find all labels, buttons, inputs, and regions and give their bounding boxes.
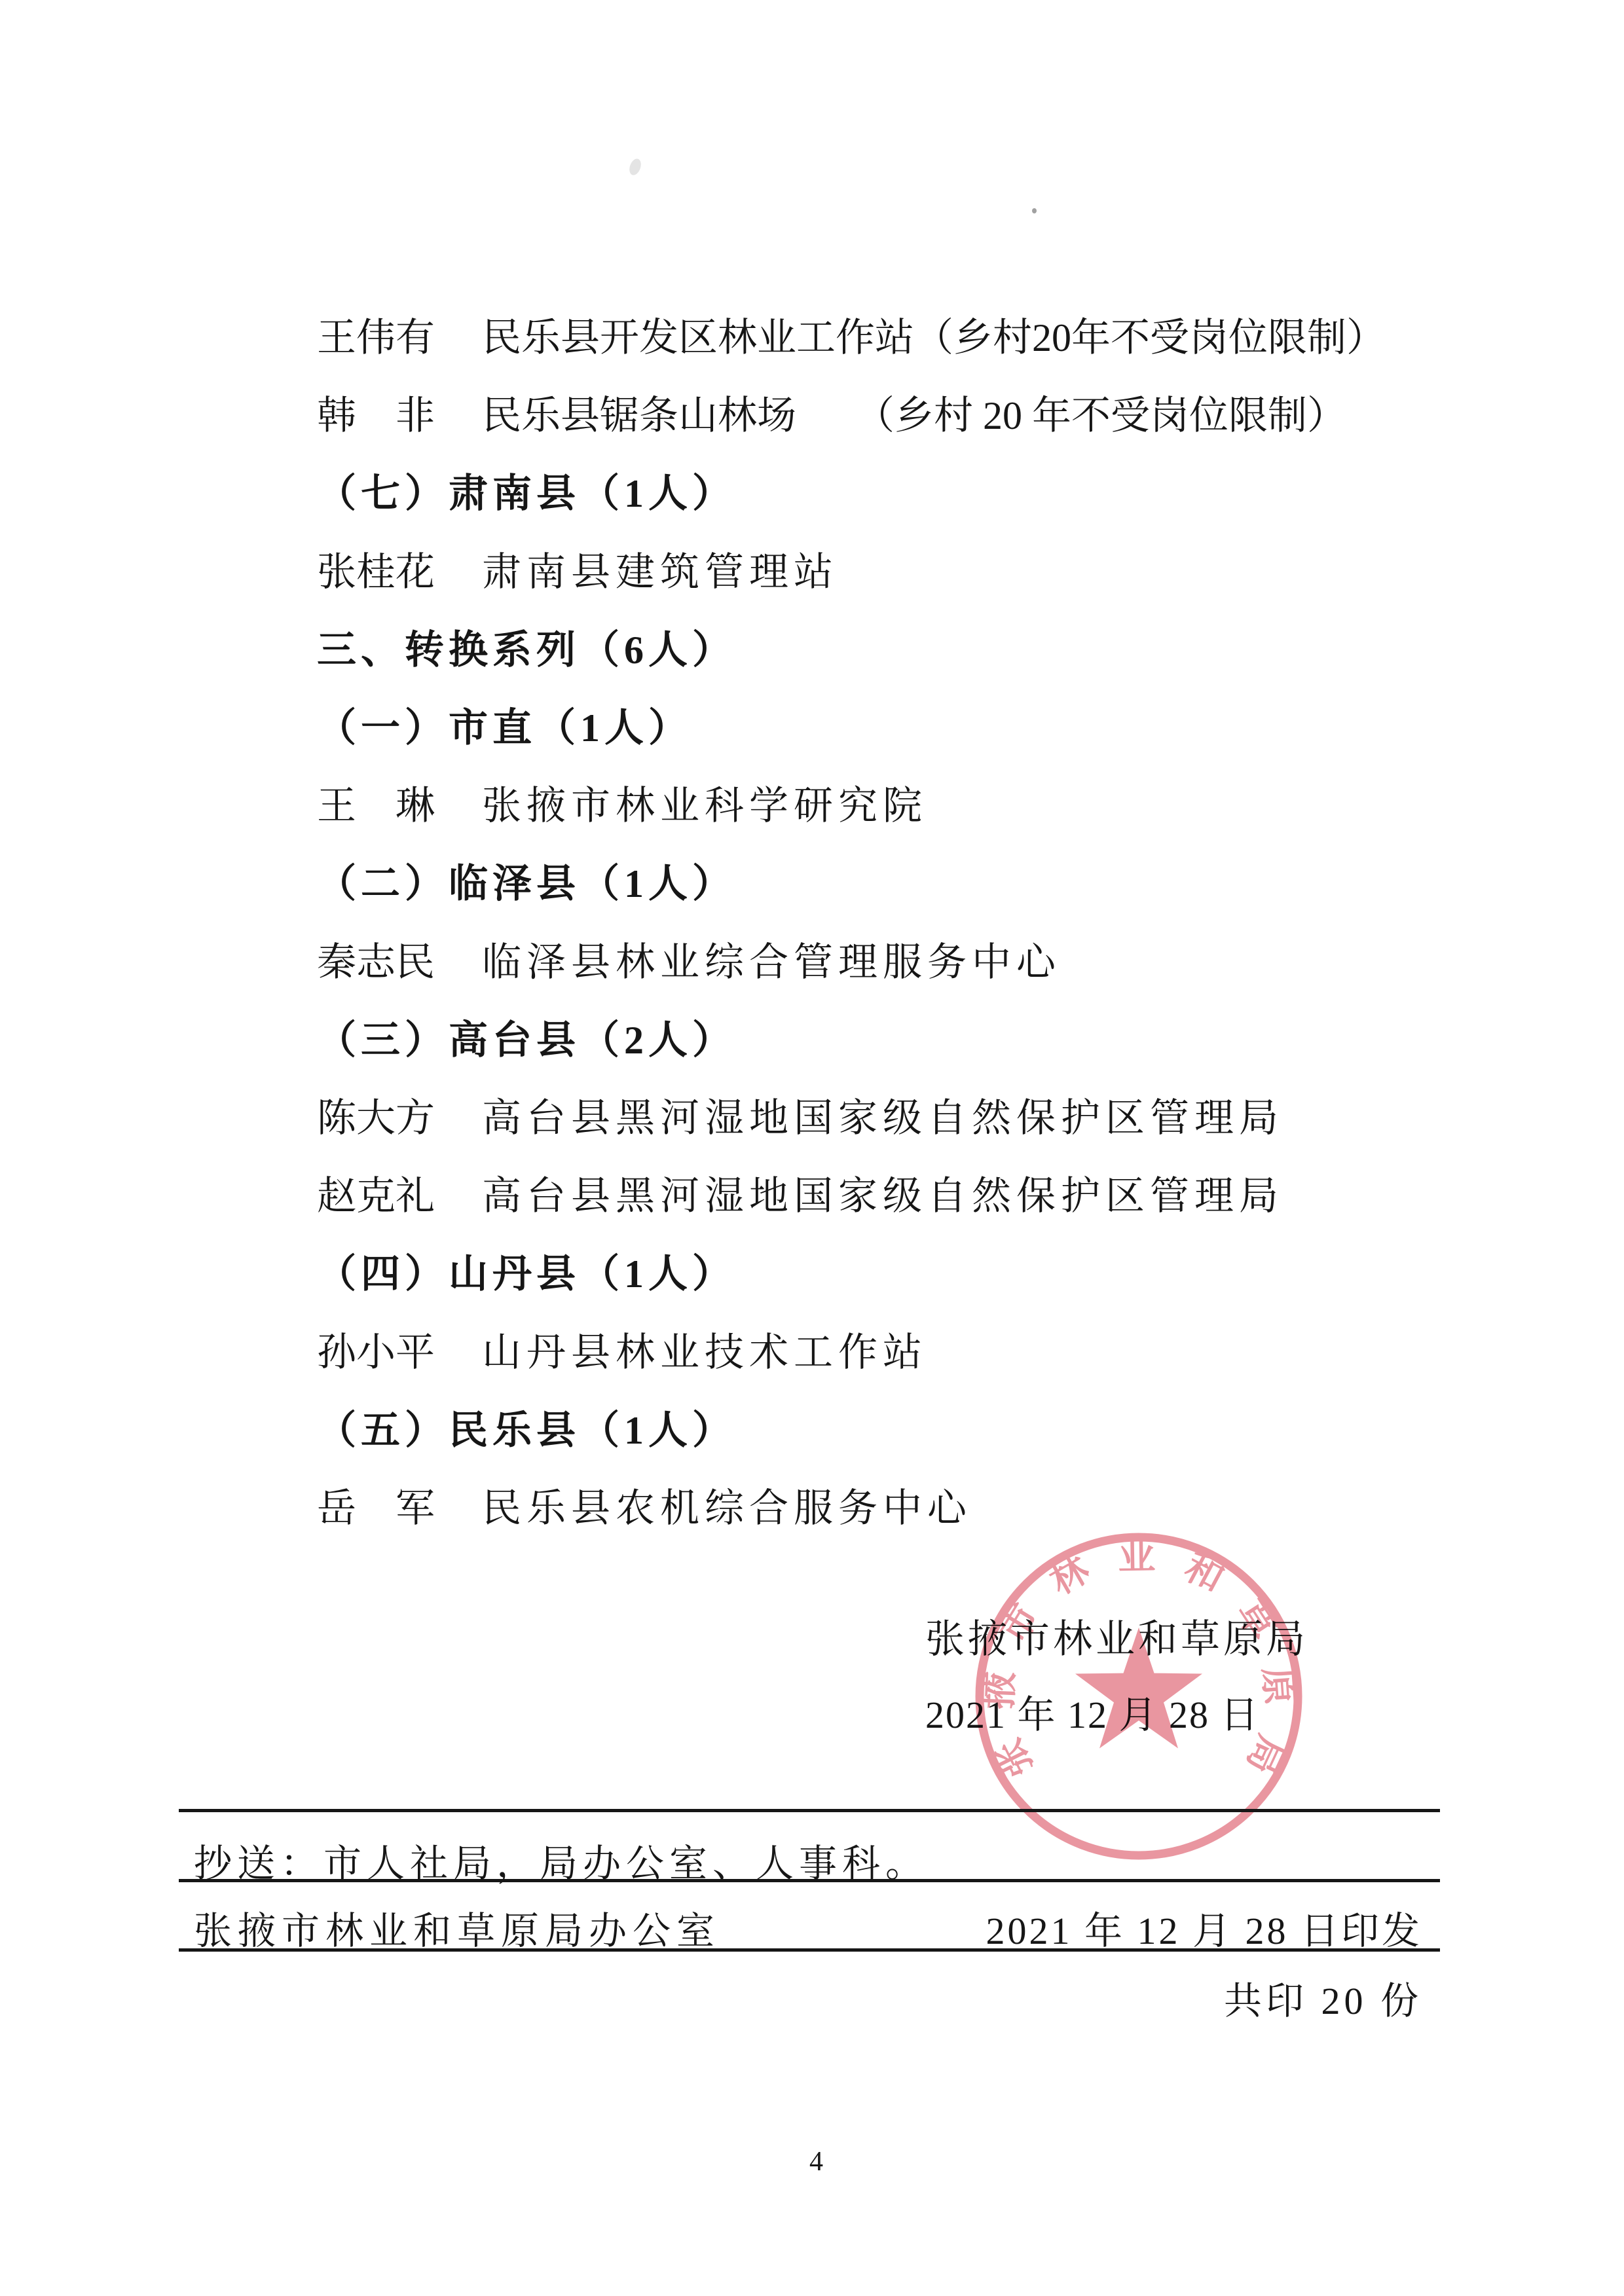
page-number: 4 (809, 2146, 823, 2178)
roster-entry: 陈大方高台县黑河湿地国家级自然保护区管理局 (317, 1097, 1283, 1139)
roster-entry: 韩 非民乐县锯条山林场 （乡村 20 年不受岗位限制） (317, 395, 1346, 437)
footer-divider-top (179, 1809, 1440, 1812)
person-name: 赵克礼 (317, 1175, 435, 1217)
scan-speck (627, 157, 643, 177)
section-heading: （七）肃南县（1人） (317, 473, 736, 515)
section-heading: （四）山丹县（1人） (317, 1253, 736, 1295)
work-unit: 高台县黑河湿地国家级自然保护区管理局 (482, 1097, 1283, 1140)
person-name: 岳 军 (317, 1487, 435, 1529)
work-unit: 民乐县锯条山林场 （乡村 20 年不受岗位限制） (482, 394, 1346, 437)
person-name: 张桂花 (317, 551, 435, 593)
roster-entry: 赵克礼高台县黑河湿地国家级自然保护区管理局 (317, 1175, 1283, 1217)
issuing-office: 张掖市林业和草原局办公室 (194, 1900, 720, 1955)
person-name: 韩 非 (317, 395, 435, 437)
roster-entry: 王 琳张掖市林业科学研究院 (317, 785, 927, 827)
section-heading: （二）临泽县（1人） (317, 863, 736, 905)
section-heading: （三）高台县（2人） (317, 1019, 736, 1061)
person-name: 孙小平 (317, 1332, 435, 1374)
person-name: 秦志民 (317, 941, 435, 983)
section-heading: 三、转换系列（6人） (317, 629, 736, 671)
print-date: 2021 年 12 月 28 日印发 (986, 1900, 1422, 1955)
footer-divider-middle (179, 1879, 1440, 1882)
person-name: 陈大方 (317, 1097, 435, 1139)
person-name: 王伟有 (317, 317, 435, 359)
person-name: 王 琳 (317, 785, 435, 827)
work-unit: 张掖市林业科学研究院 (482, 784, 927, 828)
roster-entry: 秦志民临泽县林业综合管理服务中心 (317, 941, 1061, 983)
issuing-authority: 张掖市林业和草原局 (925, 1608, 1308, 1664)
work-unit: 临泽县林业综合管理服务中心 (482, 941, 1061, 984)
scan-speck (1032, 208, 1037, 213)
roster-entry: 张桂花肃南县建筑管理站 (317, 551, 838, 593)
roster-entry: 孙小平山丹县林业技术工作站 (317, 1332, 927, 1374)
footer-divider-bottom (179, 1948, 1440, 1952)
section-heading: （一）市直（1人） (317, 707, 692, 749)
document-page: 王伟有民乐县开发区林业工作站（乡村20年不受岗位限制）韩 非民乐县锯条山林场 （… (0, 0, 1624, 2296)
copies-count: 共印 20 份 (1224, 1970, 1422, 2025)
section-heading: （五）民乐县（1人） (317, 1410, 736, 1451)
roster-entry: 王伟有民乐县开发区林业工作站（乡村20年不受岗位限制） (317, 317, 1386, 359)
work-unit: 民乐县开发区林业工作站（乡村20年不受岗位限制） (482, 316, 1386, 359)
work-unit: 山丹县林业技术工作站 (482, 1331, 927, 1374)
work-unit: 民乐县农机综合服务中心 (482, 1487, 972, 1530)
issue-date: 2021 年 12 月 28 日 (925, 1684, 1260, 1739)
roster-entry: 岳 军民乐县农机综合服务中心 (317, 1487, 972, 1529)
work-unit: 肃南县建筑管理站 (482, 551, 838, 594)
work-unit: 高台县黑河湿地国家级自然保护区管理局 (482, 1175, 1283, 1218)
